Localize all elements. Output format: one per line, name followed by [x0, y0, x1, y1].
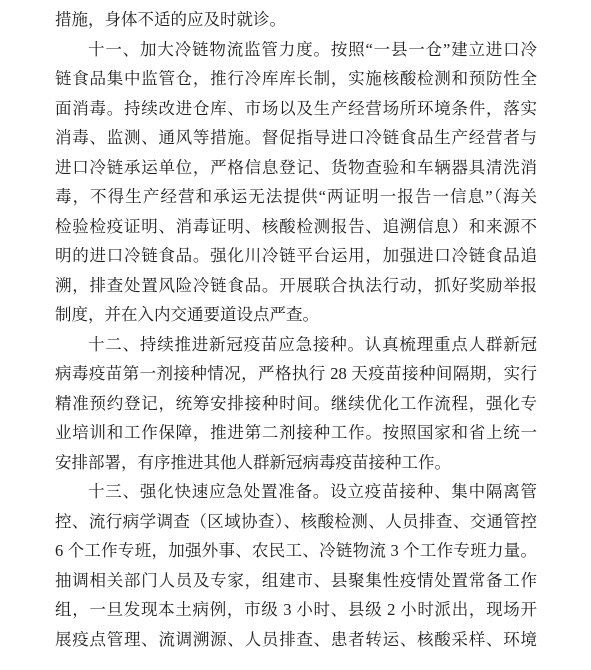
text-line: 进口冷链承运单位，严格信息登记、货物查验和车辆器具清洗消: [55, 153, 537, 183]
text-line: 展疫点管理、流调溯源、人员排查、患者转运、核酸采样、环境: [55, 625, 537, 655]
text-line: 6 个工作专班，加强外事、农民工、冷链物流 3 个工作专班力量。: [55, 536, 537, 566]
text-line: 检验检疫证明、消毒证明、核酸检测报告、追溯信息）和来源不: [55, 212, 537, 242]
text-line: 安排部署，有序推进其他人群新冠病毒疫苗接种工作。: [55, 448, 537, 478]
text-line: 控、流行病学调查（区域协查）、核酸检测、人员排查、交通管控: [55, 507, 537, 537]
text-line: 十二、持续推进新冠疫苗应急接种。认真梳理重点人群新冠: [55, 330, 537, 360]
text-line: 精准预约登记，统筹安排接种时间。继续优化工作流程，强化专: [55, 389, 537, 419]
text-line: 面消毒。持续改进仓库、市场以及生产经营场所环境条件，落实: [55, 94, 537, 124]
document-text-block: 措施，身体不适的应及时就诊。十一、加大冷链物流监管力度。按照“一县一仓”建立进口…: [55, 5, 537, 654]
text-line: 业培训和工作保障，推进第二剂接种工作。按照国家和省上统一: [55, 418, 537, 448]
text-line: 病毒疫苗第一剂接种情况，严格执行 28 天疫苗接种间隔期，实行: [55, 359, 537, 389]
text-line: 组，一旦发现本土病例，市级 3 小时、县级 2 小时派出，现场开: [55, 595, 537, 625]
document-page: 措施，身体不适的应及时就诊。十一、加大冷链物流监管力度。按照“一县一仓”建立进口…: [0, 0, 591, 670]
text-line: 制度，并在入内交通要道设点严查。: [55, 300, 537, 330]
text-line: 抽调相关部门人员及专家，组建市、县聚集性疫情处置常备工作: [55, 566, 537, 596]
text-line: 十一、加大冷链物流监管力度。按照“一县一仓”建立进口冷: [55, 35, 537, 65]
text-line: 明的进口冷链食品。强化川冷链平台运用，加强进口冷链食品追: [55, 241, 537, 271]
text-line: 措施，身体不适的应及时就诊。: [55, 5, 537, 35]
text-line: 十三、强化快速应急处置准备。设立疫苗接种、集中隔离管: [55, 477, 537, 507]
text-line: 毒，不得生产经营和承运无法提供“两证明一报告一信息”（海关: [55, 182, 537, 212]
text-line: 溯，排查处置风险冷链食品。开展联合执法行动，抓好奖励举报: [55, 271, 537, 301]
text-line: 消毒、监测、通风等措施。督促指导进口冷链食品生产经营者与: [55, 123, 537, 153]
text-line: 链食品集中监管仓，推行冷库库长制，实施核酸检测和预防性全: [55, 64, 537, 94]
